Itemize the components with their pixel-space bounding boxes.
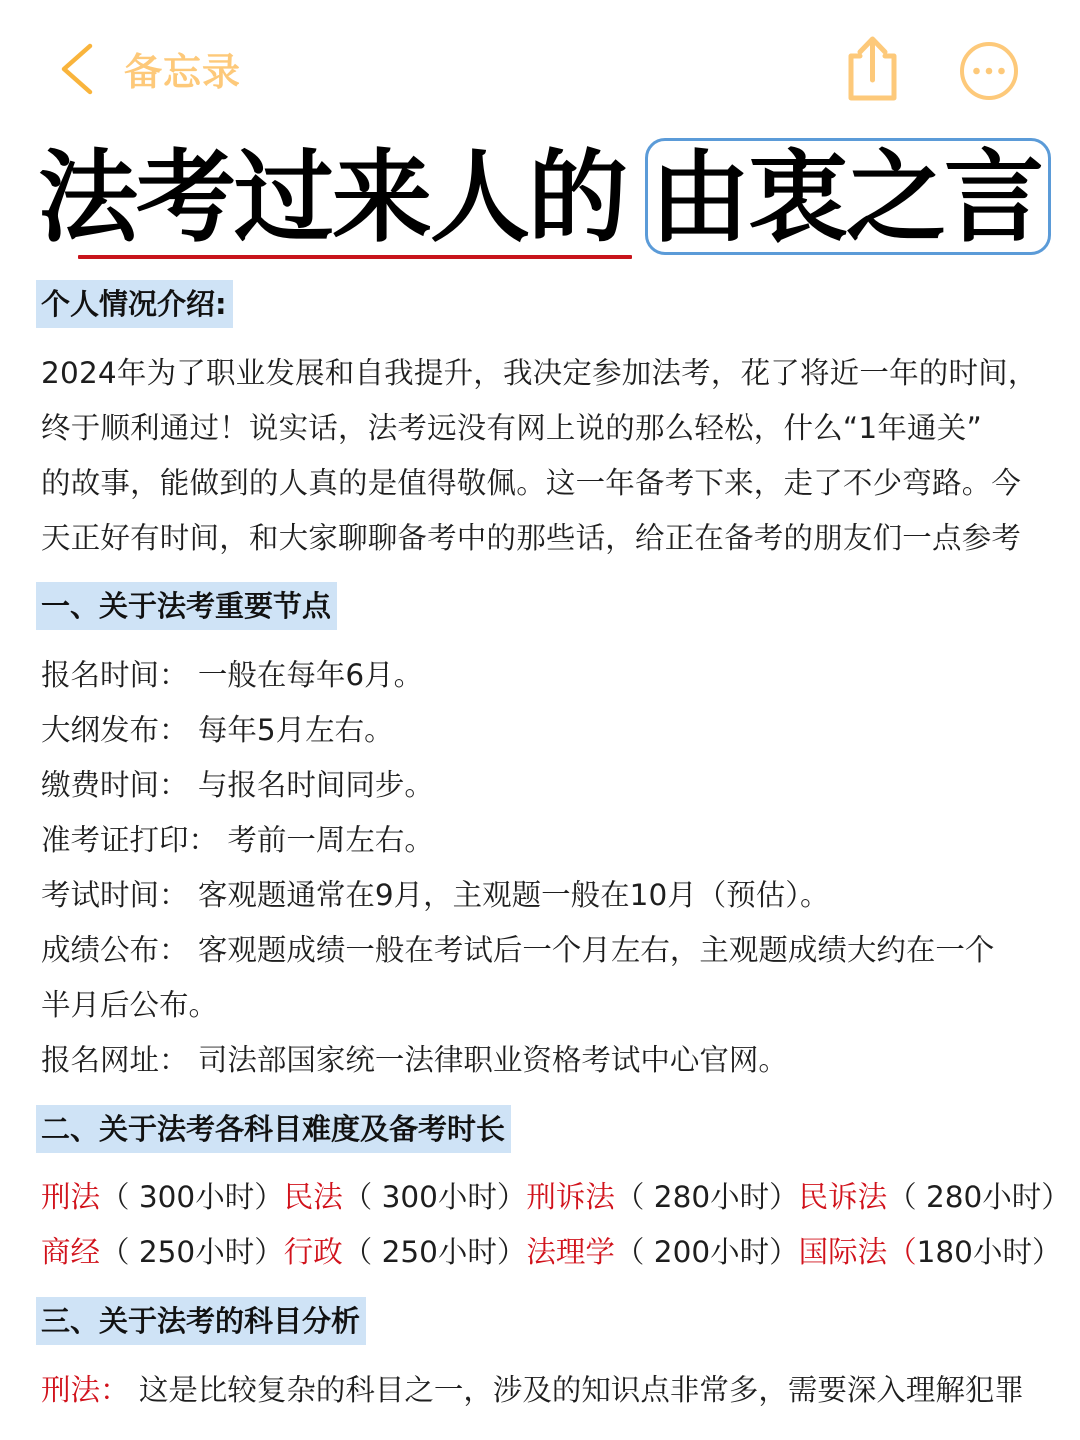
list-item: 大纲发布： 每年5月左右。: [41, 703, 1051, 758]
item-key: 刑法：: [41, 1373, 130, 1407]
subject-name: 民诉法: [799, 1180, 888, 1214]
item-value: 一般在每年6月。: [198, 658, 423, 692]
subject-hours-row: 商经（ 250小时）行政（ 250小时）法理学（ 200小时）国际法（180小时…: [41, 1225, 1061, 1280]
nav-title[interactable]: 备忘录: [124, 48, 241, 96]
item-key: 报名时间：: [41, 658, 189, 692]
title-boxed-text: 由衷之言: [650, 140, 1042, 255]
item-key: 准考证打印：: [41, 823, 218, 857]
heading-section-3: 三、关于法考的科目分析: [36, 1297, 366, 1345]
subject-hours-open: （: [887, 1235, 917, 1269]
title-main-text: 法考过来人的: [38, 140, 626, 255]
heading-intro: 个人情况介绍:: [36, 280, 233, 328]
item-key: 缴费时间：: [41, 768, 189, 802]
intro-paragraph: 2024年为了职业发展和自我提升，我决定参加法考，花了将近一年的时间， 终于顺利…: [41, 346, 1051, 566]
item-key: 考试时间：: [41, 878, 189, 912]
subject-hours: （ 250小时）: [100, 1235, 284, 1269]
subject-hours: （ 300小时）: [100, 1180, 284, 1214]
heading-section-2: 二、关于法考各科目难度及备考时长: [36, 1105, 511, 1153]
back-button[interactable]: [56, 40, 104, 100]
subject-hours: （ 280小时）: [887, 1180, 1071, 1214]
subject-name: 民法: [284, 1180, 343, 1214]
subject-name: 刑诉法: [526, 1180, 615, 1214]
list-item-continuation: 半月后公布。: [41, 978, 1051, 1033]
intro-line: 2024年为了职业发展和自我提升，我决定参加法考，花了将近一年的时间，: [41, 346, 1051, 401]
list-item: 准考证打印： 考前一周左右。: [41, 813, 1051, 868]
subject-hours-row: 刑法（ 300小时）民法（ 300小时）刑诉法（ 280小时）民诉法（ 280小…: [41, 1170, 1061, 1225]
list-item: 缴费时间： 与报名时间同步。: [41, 758, 1051, 813]
note-title: 法考过来人的 由衷之言: [38, 138, 1058, 263]
item-value: 与报名时间同步。: [198, 768, 434, 802]
intro-line: 的故事，能做到的人真的是值得敬佩。这一年备考下来，走了不少弯路。今: [41, 456, 1051, 511]
title-red-underline: [78, 255, 632, 259]
subject-hours: 180小时）: [917, 1235, 1062, 1269]
list-item: 成绩公布： 客观题成绩一般在考试后一个月左右，主观题成绩大约在一个: [41, 923, 1051, 978]
heading-section-1: 一、关于法考重要节点: [36, 582, 337, 630]
subject-name: 行政: [284, 1235, 343, 1269]
list-item: 报名网址： 司法部国家统一法律职业资格考试中心官网。: [41, 1033, 1051, 1088]
intro-line: 天正好有时间，和大家聊聊备考中的那些话，给正在备考的朋友们一点参考: [41, 511, 1051, 566]
subject-name: 法理学: [526, 1235, 615, 1269]
item-key: 大纲发布：: [41, 713, 189, 747]
subject-analysis: 刑法： 这是比较复杂的科目之一，涉及的知识点非常多，需要深入理解犯罪: [41, 1363, 1051, 1418]
share-button[interactable]: [842, 32, 902, 104]
subject-hours: （ 200小时）: [615, 1235, 799, 1269]
item-value: 客观题成绩一般在考试后一个月左右，主观题成绩大约在一个: [198, 933, 995, 967]
item-value: 客观题通常在9月，主观题一般在10月（预估）。: [198, 878, 830, 912]
subject-hours: （ 280小时）: [615, 1180, 799, 1214]
item-key: 成绩公布：: [41, 933, 189, 967]
more-button[interactable]: [958, 40, 1020, 102]
list-item: 考试时间： 客观题通常在9月，主观题一般在10月（预估）。: [41, 868, 1051, 923]
subject-name: 刑法: [41, 1180, 100, 1214]
subject-name: 国际法: [799, 1235, 888, 1269]
nav-bar: 备忘录: [0, 0, 1080, 140]
subject-hours: （ 250小时）: [343, 1235, 527, 1269]
subject-hours: （ 300小时）: [343, 1180, 527, 1214]
intro-line: 终于顺利通过！说实话，法考远没有网上说的那么轻松，什么“1年通关”: [41, 401, 1051, 456]
item-value: 司法部国家统一法律职业资格考试中心官网。: [198, 1043, 788, 1077]
item-value: 考前一周左右。: [227, 823, 434, 857]
more-circle-icon: [958, 40, 1020, 102]
item-value: 这是比较复杂的科目之一，涉及的知识点非常多，需要深入理解犯罪: [139, 1373, 1024, 1407]
list-item: 报名时间： 一般在每年6月。: [41, 648, 1051, 703]
item-key: 报名网址：: [41, 1043, 189, 1077]
item-value: 每年5月左右。: [198, 713, 394, 747]
item-value: 半月后公布。: [41, 988, 218, 1022]
chevron-left-icon: [56, 40, 104, 100]
share-icon: [842, 32, 902, 104]
key-dates-list: 报名时间： 一般在每年6月。 大纲发布： 每年5月左右。 缴费时间： 与报名时间…: [41, 648, 1051, 1088]
subject-name: 商经: [41, 1235, 100, 1269]
list-item: 刑法： 这是比较复杂的科目之一，涉及的知识点非常多，需要深入理解犯罪: [41, 1363, 1051, 1418]
